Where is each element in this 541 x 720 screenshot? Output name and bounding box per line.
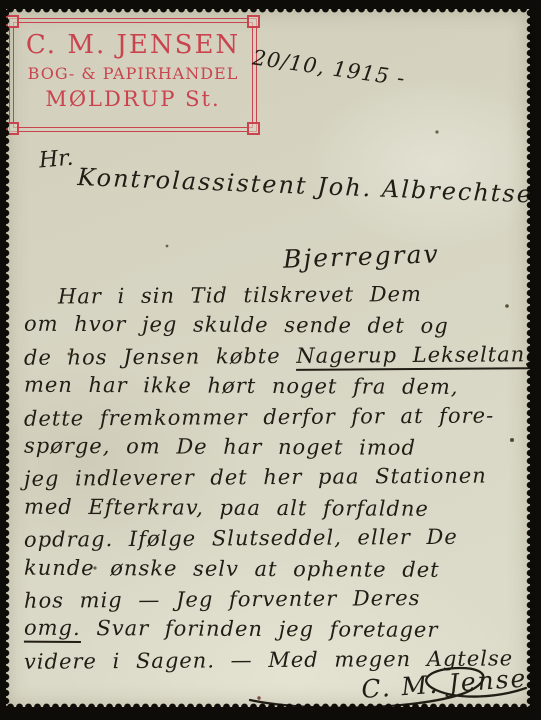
handwriting-segment: de hos Jensen købte (24, 344, 296, 370)
handwritten-line: om hvor jeg skulde sende det og (24, 309, 526, 342)
underlined-handwriting: Nagerup Lekseltang (296, 342, 530, 371)
handwriting-segment: om hvor jeg skulde sende det og (24, 312, 449, 338)
handwritten-addressee-city: Bjerregrav (283, 239, 441, 273)
handwritten-line: jeg indleverer det her paa Stationen (24, 461, 526, 495)
handwritten-line: Har i sin Tid tilskrevet Dem (24, 278, 526, 312)
handwritten-line: med Efterkrav, paa alt forfaldne (24, 492, 526, 525)
letterhead-box: C. M. JENSEN BOG- & PAPIRHANDEL MØLDRUP … (9, 18, 257, 132)
handwriting-segment: Har i sin Tid tilskrevet Dem (58, 282, 422, 309)
handwriting-segment: spørge, om De har noget imod (24, 434, 416, 460)
handwritten-date: 20/10, 1915 - (251, 45, 407, 90)
letterhead-station-line: MØLDRUP St. (10, 89, 256, 110)
handwriting-segment: Svar forinden jeg foretager (81, 616, 439, 642)
handwritten-line: de hos Jensen købte Nagerup Lekseltang (24, 339, 526, 373)
letterhead-text: C. M. JENSEN BOG- & PAPIRHANDEL MØLDRUP … (10, 19, 256, 131)
handwriting-segment: kunde ønske selv at ophente det (24, 555, 440, 581)
handwritten-signature: C. M. Jensen (244, 654, 530, 707)
paper-specks (6, 9, 8, 11)
handwritten-line: spørge, om De har noget imod (24, 431, 526, 464)
handwriting-segment: dette fremkommer derfor for at fore- (24, 403, 494, 430)
handwriting-segment: jeg indleverer det her paa Stationen (24, 464, 487, 491)
handwritten-line: men har ikke hørt noget fra dem, (24, 370, 526, 403)
handwriting-segment: opdrag. Ifølge Slutseddel, eller De (24, 525, 458, 552)
handwritten-salutation: Hr. (38, 146, 74, 174)
handwriting-segment: hos mig — Jeg forventer Deres (24, 586, 421, 613)
underlined-handwriting: omg. (24, 616, 81, 643)
handwriting-segment: men har ikke hørt noget fra dem, (24, 373, 459, 399)
letter-body: Har i sin Tid tilskrevet Demom hvor jeg … (24, 280, 526, 675)
handwritten-addressee: Kontrolassistent Joh. Albrechtsen (77, 163, 530, 209)
letterhead-business-line: BOG- & PAPIRHANDEL (10, 66, 256, 82)
letter-card: C. M. JENSEN BOG- & PAPIRHANDEL MØLDRUP … (6, 9, 530, 707)
perforation-top-edge (6, 9, 530, 16)
handwritten-line: kunde ønske selv at ophente det (24, 552, 526, 585)
handwritten-line: opdrag. Ifølge Slutseddel, eller De (24, 521, 526, 555)
handwritten-line: dette fremkommer derfor for at fore- (24, 400, 526, 434)
handwritten-line: hos mig — Jeg forventer Deres (24, 582, 526, 616)
handwriting-segment: med Efterkrav, paa alt forfaldne (24, 495, 429, 521)
scanned-letter-photo: C. M. JENSEN BOG- & PAPIRHANDEL MØLDRUP … (0, 0, 541, 720)
letterhead-name: C. M. JENSEN (10, 32, 256, 58)
handwritten-line: omg. Svar forinden jeg foretager (24, 613, 526, 646)
